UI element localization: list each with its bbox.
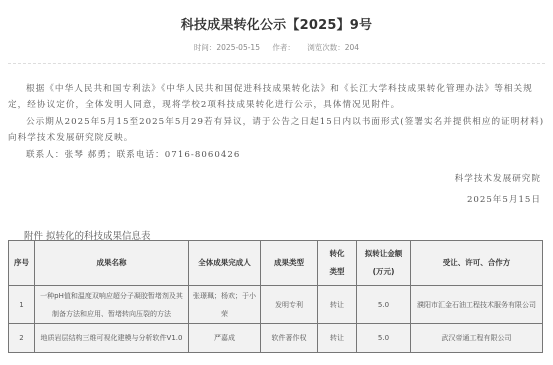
- title-divider: [8, 63, 545, 64]
- cell-amount: 5.0: [357, 286, 411, 324]
- publish-time: 时间：2025-05-15: [194, 43, 260, 52]
- cell-transfer-type: 转让: [318, 324, 357, 353]
- signature-org: 科学技术发展研究院: [341, 172, 541, 184]
- cell-no: 1: [9, 286, 35, 324]
- cell-partner: 武汉帝通工程有限公司: [411, 324, 543, 353]
- article-meta: 时间：2025-05-15 作者： 浏览次数：204: [0, 42, 553, 53]
- contact-info: 联系人：张琴 郝勇；联系电话：0716-8060426: [8, 147, 548, 163]
- body-paragraph-2: 公示期从2025年5月15至2025年5月29若有异议，请于公告之日起15日内以…: [8, 114, 548, 146]
- col-header-no: 序号: [9, 241, 35, 286]
- achievement-table: 序号 成果名称 全体成果完成人 成果类型 转化类型 拟转让金额(万元) 受让、许…: [8, 240, 543, 353]
- col-header-type: 成果类型: [261, 241, 318, 286]
- cell-partner: 濮阳市汇金石油工程技术服务有限公司: [411, 286, 543, 324]
- table-header-row: 序号 成果名称 全体成果完成人 成果类型 转化类型 拟转让金额(万元) 受让、许…: [9, 241, 543, 286]
- cell-no: 2: [9, 324, 35, 353]
- col-header-transfer-type: 转化类型: [318, 241, 357, 286]
- cell-type: 发明专利: [261, 286, 318, 324]
- col-header-name: 成果名称: [35, 241, 189, 286]
- view-count: 浏览次数：204: [307, 43, 359, 52]
- table-row: 1 一种pH值和温度双响应超分子凝胶暂堵剂及其制备方法和应用、暂堵转向压裂的方法…: [9, 286, 543, 324]
- body-paragraph-1: 根据《中华人民共和国专利法》《中华人民共和国促进科技成果转化法》和《长江大学科技…: [8, 81, 548, 113]
- cell-type: 软件著作权: [261, 324, 318, 353]
- col-header-partner: 受让、许可、合作方: [411, 241, 543, 286]
- col-header-amount: 拟转让金额(万元): [357, 241, 411, 286]
- page-title: 科技成果转化公示【2025】9号: [0, 14, 553, 33]
- cell-name: 地质岩层结构三维可视化建模与分析软件V1.0: [35, 324, 189, 353]
- cell-transfer-type: 转让: [318, 286, 357, 324]
- table-row: 2 地质岩层结构三维可视化建模与分析软件V1.0 严嘉成 软件著作权 转让 5.…: [9, 324, 543, 353]
- cell-inventors: 张璟珮；杨欢；于小荣: [189, 286, 261, 324]
- col-header-inventors: 全体成果完成人: [189, 241, 261, 286]
- author: 作者：: [272, 43, 295, 52]
- cell-name: 一种pH值和温度双响应超分子凝胶暂堵剂及其制备方法和应用、暂堵转向压裂的方法: [35, 286, 189, 324]
- signature-date: 2025年5月15日: [341, 193, 541, 205]
- cell-amount: 5.0: [357, 324, 411, 353]
- cell-inventors: 严嘉成: [189, 324, 261, 353]
